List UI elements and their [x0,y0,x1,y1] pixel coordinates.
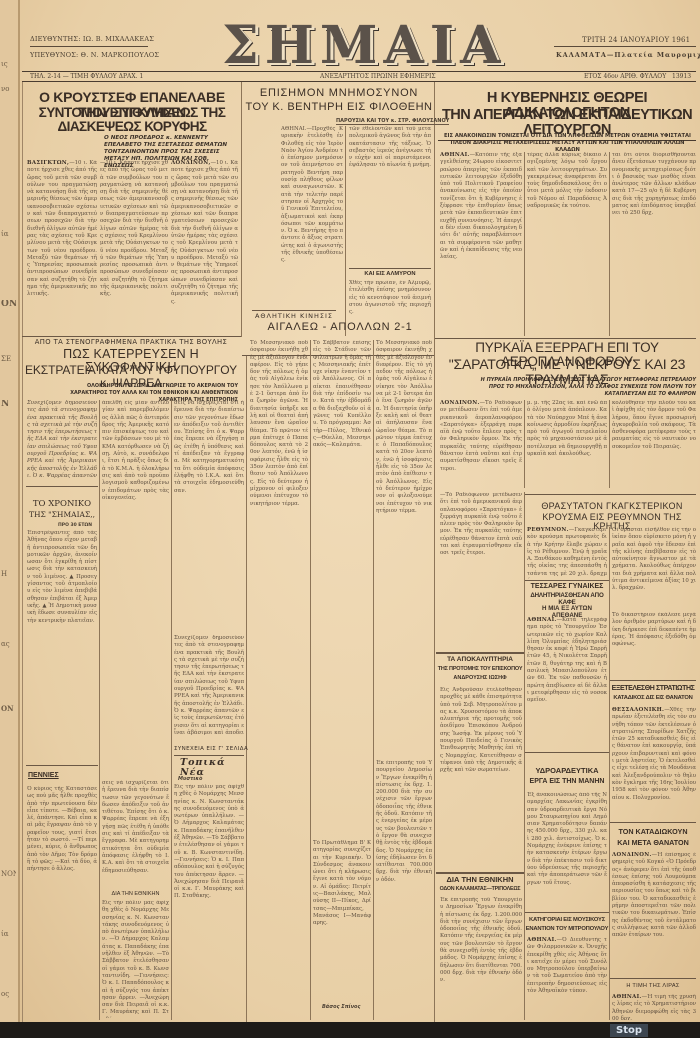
headline: ΑΙΓΑΛΕΩ - ΑΠΟΛΛΩΝ 2-1 [248,322,432,334]
fragment: Η [1,570,16,578]
fragment: Ν [1,400,16,408]
article-body: ται ὅτι οὗτοι διορισθῆσονται ἄνευ ἐξετάσ… [612,152,696,336]
responsible-credit: ΥΠΕΥΘΥΝΟΣ: Θ. Ν. ΜΑΡΚΟΠΟΥΛΟΣ [30,51,159,59]
article-body: μ. μ. τῆς 22ας ἰα. καὶ ἐνῶ ἀπὸ ὀλίγου με… [527,400,607,488]
article-body: ΑΘΗΝΑΙ.—Κατὰ τηλεγράφημα πρὸς τὸ Ὑπουργε… [527,617,607,747]
column-subtitle: ΠΡΟ 30 ΕΤΩΝ [58,523,92,528]
kicker: ΑΘΛΗΤΙΚΗ ΚΙΝΗΣΙΣ [252,310,336,320]
fragment: ON [1,705,16,713]
article-body: Εἰς Ἀνδροῦσαν ἐτελέσθησαν προχθὲς μὲ κάθ… [440,687,522,875]
headline: ΤΕΣΣΑΡΕΣ ΓΥΝΑΙΚΕΣ [527,583,607,590]
newspaper-page: ις νο ία ON ΣΕ Ν Η ας ON ΝΟΝ ία ος ΔΙΕΥΘ… [0,0,700,1022]
article-body: σεις νὰ ἰσχυρίζεται ὅτι ἡ ἔρευνα διὰ τὴν… [174,400,244,635]
headline: ΕΞΕΤΕΛΕΣΘΗ ΣΤΡΑΤΙΩΤΗΣ [610,685,696,692]
headline: ΥΔΡΟΑΡΔΕΥΤΙΚΑ [527,767,607,775]
article-body: ΘΕΣΣΑΛΟΝΙΚΗ.—Χθὲς τὴν πρωΐαν ἐξετελέσθη … [612,707,696,817]
article-body: Τὸ Σάββατον ἐπίσης εἰς τὸ Στάδιον τῶν Φι… [313,340,371,840]
headline: ΚΑΙ ΜΕΤΑ ΘΑΝΑΤΟΝ [610,839,696,847]
article-body: Ἐκ ἐπιτροπῆς τοῦ Ὑπουργείου Δημοσίων Ἔργ… [376,760,432,1018]
article-body: τῶν ἐθελοντῶν καὶ τοῦ μεταπολεμικοῦ ἀγῶν… [349,126,431,204]
article-body: ΛΟΝΔΙΝΟΝ.—Τὸ Ραδιόφωνον μετέδωσεν ὅτι ἐπ… [440,400,522,492]
year-issue: ΕΤΟΣ 46ον ΑΡΙΘ. ΦΥΛΛΟΥ [584,73,666,80]
fragment: ΝΟΝ [1,870,16,878]
article-body: Τὸ Μεσσηνιακὸ ποδόσφαιρον ἐκινήθη χθὲς μ… [376,340,432,760]
article-body: Τὸ Πρωτάθλημα Β' Κατηγορίας συνεχίζεται … [313,840,371,1010]
headline: ΤΑ ΑΠΟΚΑΛΥΠΤΗΡΙΑ [438,657,522,664]
article-body: ΑΘΗΝΑΙ.—Προχθὲς Κυριακὴν ἐτελέσθη ἐν Φιλ… [281,126,343,336]
location: ΚΑΛΑΜΑΤΑ—Πλατεία Μαυρομιχάλη [556,51,700,59]
article-body: Ἐξ ἀνακοινώσεως ἀπὸ τῆς Νομαρχίας Λακωνί… [527,792,607,910]
headline: ΔΙΑ ΤΗΝ ΕΘΝΙΚΗΝ [438,876,522,884]
article-body: ΒΑΣΙΓΚΤΩΝ,—10 ι. Κάποτε ήρχισε χθες ἀπό … [27,160,97,332]
column-title: ΤΟ ΧΡΟΝΙΚΟ [26,500,98,509]
article-body: Συνεχίζομεν δημοσιεύοντες ἀπὸ τὰ στενογρ… [27,400,97,478]
fragment: ία [1,230,16,238]
headline: ΕΝΑΝΤΙΟΝ ΤΟΥ ΜΙΤΡΟΠΟΥΛΟΥ [525,926,609,932]
article-body: κολούθησεν τὴν πλοῦν του καὶ ἀφίχθη εἰς … [612,400,696,488]
article-body: ΛΟΝΔΙΝΟΝ,—10 ι. Κάποτε ήρχισε χθες ἀπό τ… [171,160,238,332]
article-body: ΑΘΗΝΑΙ.—Ἡ τιμὴ τῆς χρυσῆς λίρας εἰς τὸ Χ… [612,994,696,1020]
continuation-note: ΣΥΝΕΧΕΙΑ ΕΙΣ Γ' ΣΕΛΙΔΑ [174,746,244,752]
fragment: νο [1,85,16,93]
headline: ΕΠΙΣΗΜΟΝ ΜΝΗΜΟΣΥΝΟΝ [244,88,434,100]
tagline: ΑΝΕΞΑΡΤΗΤΟΣ ΠΡΩΙΝΗ ΕΦΗΜΕΡΙΣ [320,73,436,80]
article-body: τέρας ἄλλα κύριως δίκαιο λογιζομένης λόγ… [527,152,607,336]
newspaper-title: ΣΗΜΑΙΑ [222,20,492,72]
issue-date: ΤΡΙΤΗ 24 ΙΑΝΟΥΑΡΙΟΥ 1961 [582,36,690,44]
headline: ΤΗΣ ΠΡΟΤΟΜΗΣ ΤΟΥ ΕΠΙΣΚΟΠΟΥ [436,667,524,673]
issue-number: 13913 [672,73,691,80]
article-body: σεις νὰ ἰσχυρίζεται ὅτι ἡ ἔρευνα διὰ τὴν… [102,780,169,890]
article-body: Ὁ κύριος τῆς Καταστάσεως ποὺ μᾶς ἦλθε πρ… [27,786,97,1018]
headline: ΚΑΤΗΓΟΡΙΑΙ ΕΙΣ ΜΟΥΣΙΚΟΥΣ [525,917,609,923]
kicker: ΑΠΟ ΤΑ ΣΤΕΝΟΓΡΑΦΗΜΕΝΑ ΠΡΑΚΤΙΚΑ ΤΗΣ ΒΟΥΛΗ… [26,338,236,346]
fragment: ας [1,640,16,648]
headline: ΔΙΑ ΤΗΝ ΕΘΝΙΚΗΝ [102,892,169,898]
headline: ΚΑΤΑΔΙΚΟΣ ΔΙΣ ΕΙΣ ΘΑΝΑΤΟΝ [610,695,696,701]
article-body: Εἰς τὴν πόλιν μας ἀφίχθη χθὲς ὁ Νομάρχης… [102,900,169,1018]
phone-price: ΤΗΛ. 2-14 — ΤΙΜΗ ΦΥΛΛΟΥ ΔΡΑΧ. 1 [30,73,143,80]
headline: ΕΡΓΑ ΕΙΣ ΤΗΝ ΜΑΝΗΝ [527,778,607,785]
subheadline: ΕΙΣ ΑΝΑΚΟΙΝΩΣΙΝ ΤΟΝΙΖΕΤΑΙ ΟΤΙ ΔΙΑ ΤΩΝ ΛΗ… [440,133,695,154]
viewer-bottom-bar [0,1022,700,1038]
headline: ΟΔΟΝ ΚΑΛΑΜΑΤΑΣ—ΤΡΙΠΟΛΕΩΣ [436,887,524,893]
column-title: ΤΗΣ "ΣΗΜΑΙΑΣ,, [26,511,98,519]
article-body: —10 ι. Κάποτε ήρχισε χθες ἀπό τῆς ὥρας τ… [100,160,168,332]
fragment: ις [1,60,16,68]
director-credit: ΔΙΕΥΘΥΝΤΗΣ: ΙΩ. Β. ΜΙΧΑΛΑΚΕΑΣ [30,35,154,43]
byline: Βάσος Σπίνος [322,1004,360,1010]
folio-line: ΤΗΛ. 2-14 — ΤΙΜΗ ΦΥΛΛΟΥ ΔΡΑΧ. 1 ΑΝΕΞΑΡΤΗ… [22,71,696,82]
article-body: ἀπελθῆ εἰς μίαν ἀντιλογίαν καὶ παρεμβαλό… [102,400,169,780]
stop-button[interactable]: Stop [610,1024,648,1037]
article-body: Τὸ δικαστήριον ἐκάλεσε μεγάλον ἀριθμὸν μ… [612,612,696,672]
article-body: Ἐπιστρέψαντες ἀπὸ τὰς Ἀθήνας ὅπου εἶχον … [27,530,97,730]
headline: ΣΥΝΤΟΜΟΥ ΣΥΓΚΛΗΣΕΩΣ ΤΗΣ ΔΙΑΣΚΕΨΕΩΣ ΚΟΡΥΦ… [26,106,238,135]
article-body: Ἐκ ἐπιτροπῆς τοῦ Ὑπουργείου Δημοσίων Ἔργ… [440,897,522,1018]
headline: ΤΟΥ Κ. ΒΕΝΤΗΡΗ ΕΙΣ ΦΙΛΟΘΕΗΝ [244,102,434,114]
article-body: ΡΕΘΥΜΝΟΝ.—Γκαγκστερικὸν κρούσμα πρωτοφαν… [527,527,607,579]
box-title: ΚΑΙ ΕΙΣ ΑΛΜΥΡΟΝ [349,268,431,277]
article-body: Συνεχίζομεν δημοσιεύοντες ἀπὸ τὰ στενογρ… [174,635,244,735]
column-title: ΠΕΝΝΙΕΣ [28,772,66,779]
previous-page-edge: ις νο ία ON ΣΕ Ν Η ας ON ΝΟΝ ία ος [0,0,20,1022]
masthead: ΔΙΕΥΘΥΝΤΗΣ: ΙΩ. Β. ΜΙΧΑΛΑΚΕΑΣ ΥΠΕΥΘΥΝΟΣ:… [22,8,696,74]
headline: ΑΝΔΡΟΥΣΗΣ ΙΩΣΗΦ [438,676,522,682]
article-body: Τὸ Μεσσηνιακὸ ποδόσφαιρον ἐκινήθη χθὲς μ… [250,340,308,1018]
subheadline: Η ΠΥΡΚΑΪΑ ΠΡΟΗΛΘΕΝ ΕΞ ΕΚΡΗΞΕΩΣ ΤΟΥ ΑΓΩΓΟ… [478,377,696,398]
article-body: —Τὸ Ραδιόφωνον μετέδωσεν ὅτι ἐπὶ τοῦ ἀμε… [440,492,522,632]
column-subtitle: Μυστικὸ [178,776,202,782]
fragment: ON [1,300,16,308]
headline: Η ΤΙΜΗ ΤΗΣ ΛΙΡΑΣ [610,984,696,990]
fragment: ία [1,930,16,938]
headline: ΘΡΑΣΥΤΑΤΟΝ ΓΚΑΓΚΣΤΕΡΙΚΟΝ [527,502,697,511]
article-body: Εἰς τὴν πόλιν μας ἀφίχθη χθὲς ὁ Νομάρχης… [174,784,244,1018]
byline: ΠΑΡΟΥΣΙΑ ΚΑΙ ΤΟΥ κ. ΣΤΡ. ΦΙΛΟΥΣΑΝΟΥ [336,118,449,125]
fragment: ΣΕ [1,355,16,363]
article-body: ΑΘΗΝΑΙ.—Κατόπιν τῆς ἐξαγγελθείσης 24ωρου… [440,152,522,336]
headline: ΤΟΝ ΚΑΤΑΔΙΩΚΟΥΝ [610,828,696,836]
article-body: ΛΟΝΔΙΝΟΝ.—Ἡ ἐπίσημος ἐφημερὶς τοῦ Κογκό … [612,852,696,977]
article-body: ΑΘΗΝΑΙ.—Ὁ Διευθυντὴς τῶν Φιλαρμονικῶν κ.… [527,937,607,1017]
fragment: ος [1,990,16,998]
column-title: Τοπικά Νέα [180,758,240,778]
